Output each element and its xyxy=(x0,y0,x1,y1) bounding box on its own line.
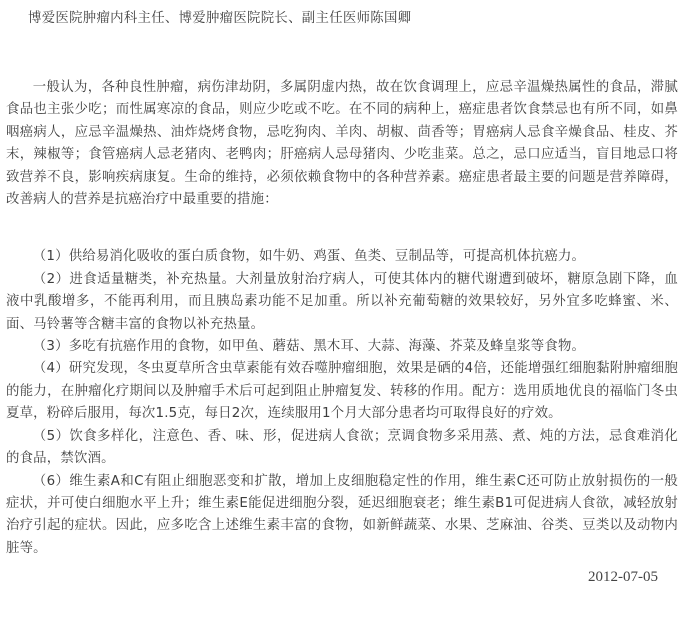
list-item-1: （1）供给易消化吸收的蛋白质食物，如牛奶、鸡蛋、鱼类、豆制品等，可提高机体抗癌力… xyxy=(6,246,678,268)
document-title: 博爱医院肿瘤内科主任、博爱肿瘤医院院长、副主任医师陈国卿 xyxy=(28,8,678,30)
document-page: 博爱医院肿瘤内科主任、博爱肿瘤医院院长、副主任医师陈国卿 一般认为，各种良性肿瘤… xyxy=(0,0,684,619)
document-body: 一般认为，各种良性肿瘤，病伤津劫阴，多属阴虚内热，故在饮食调理上，应忌辛温燥热属… xyxy=(6,77,678,560)
list-item-3: （3）多吃有抗癌作用的食物，如甲鱼、蘑菇、黑木耳、大蒜、海藻、芥菜及蜂皇浆等食物… xyxy=(6,336,678,358)
list-item-5: （5）饮食多样化，注意色、香、味、形，促进病人食欲；烹调食物多采用蒸、煮、炖的方… xyxy=(6,426,678,471)
list-item-6: （6）维生素A和C有阻止细胞恶变和扩散，增加上皮细胞稳定性的作用，维生素C还可防… xyxy=(6,471,678,561)
publish-date: 2012-07-05 xyxy=(6,566,678,588)
intro-paragraph: 一般认为，各种良性肿瘤，病伤津劫阴，多属阴虚内热，故在饮食调理上，应忌辛温燥热属… xyxy=(6,77,678,211)
list-item-4: （4）研究发现，冬虫夏草所含虫草素能有效吞噬肿瘤细胞，效果是硒的4倍，还能增强红… xyxy=(6,358,678,425)
list-item-2: （2）进食适量糖类，补充热量。大剂量放射治疗病人，可使其体内的糖代谢遭到破坏，糖… xyxy=(6,269,678,336)
